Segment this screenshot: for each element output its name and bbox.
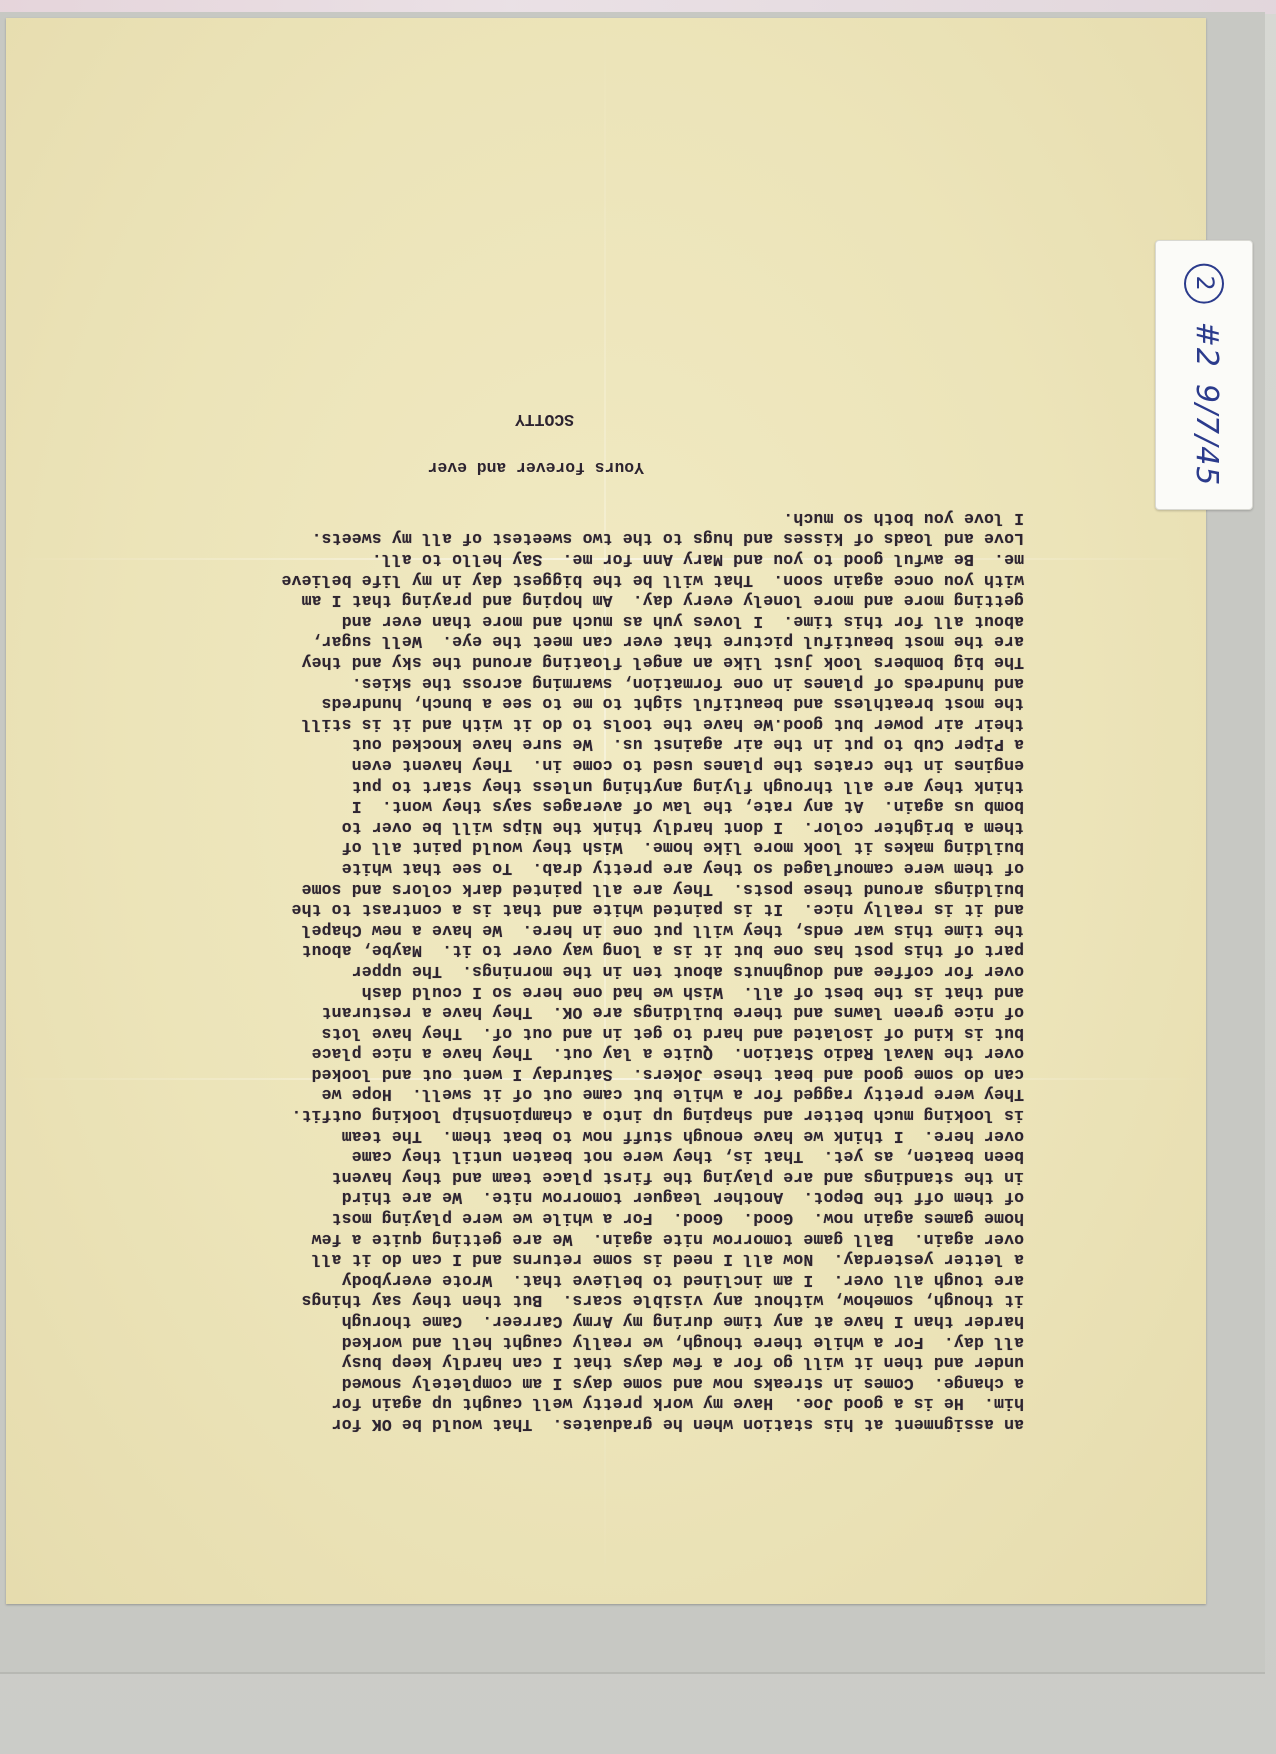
letter-line: of them off the Depot. Another leaguer t… bbox=[124, 1187, 1024, 1208]
letter-line: the most breathless and beautiful sight … bbox=[124, 693, 1024, 714]
letter-line: Love and loads of kisses and hugs to the… bbox=[124, 528, 1024, 549]
letter-line: think they are all through flying anythi… bbox=[124, 775, 1024, 796]
letter-line: home games again now. Good. Good. For a … bbox=[124, 1207, 1024, 1228]
sticky-note-text: 2#29/7/45 bbox=[1184, 264, 1224, 487]
letter-line: over the Naval Radio Station. Quite a la… bbox=[124, 1043, 1024, 1064]
letter-line: of them were camouflaged so they are pre… bbox=[124, 857, 1024, 878]
letter-line: building makes it look more like home. W… bbox=[124, 837, 1024, 858]
letter-line: part of this post has one but it is a lo… bbox=[124, 940, 1024, 961]
letter-line: about all for this time. I loves yuh as … bbox=[124, 610, 1024, 631]
letter-line: been beaten, as yet. That is, they were … bbox=[124, 1146, 1024, 1167]
letter-line: and that is the best of all. Wish we had… bbox=[124, 981, 1024, 1002]
letter-line: of nice green lawns and there buildings … bbox=[124, 1002, 1024, 1023]
letter-line: harder than I have at any time during my… bbox=[124, 1310, 1024, 1331]
letter-line: The big bombers look just like an angel … bbox=[124, 651, 1024, 672]
letter-line: a Piper Cub to put in the air against us… bbox=[124, 734, 1024, 755]
letter-line: and it is really nice. It is painted whi… bbox=[124, 899, 1024, 920]
letter-line: getting more and more lonely every day. … bbox=[124, 590, 1024, 611]
letter-line: them a brighter color. I dont hardly thi… bbox=[124, 816, 1024, 837]
letter-paper: an assignment at his station when he gra… bbox=[6, 18, 1206, 1604]
letter-line: over here. I think we have enough stuff … bbox=[124, 1125, 1024, 1146]
letter-line: an assignment at his station when he gra… bbox=[124, 1413, 1024, 1434]
letter-line: are the most beautiful picture that ever… bbox=[124, 631, 1024, 652]
letter-line: are tough all over. I am inclined to bel… bbox=[124, 1269, 1024, 1290]
letter-line: and hundreds of planes in one formation,… bbox=[124, 672, 1024, 693]
item-number: #2 bbox=[1189, 322, 1224, 368]
letter-line: bomb us again. At any rate, the law of a… bbox=[124, 796, 1024, 817]
letter-body: an assignment at his station when he gra… bbox=[124, 410, 1024, 1434]
letter-line: under and then it will go for a few days… bbox=[124, 1352, 1024, 1373]
letter-line: over again. Ball game tomorrow nite agai… bbox=[124, 1228, 1024, 1249]
letter-line: over for coffee and doughnuts about ten … bbox=[124, 960, 1024, 981]
letter-line: him. He is a good Joe. Have my work pret… bbox=[124, 1393, 1024, 1414]
letter-line: buildings around these posts. They are a… bbox=[124, 878, 1024, 899]
letter-body-lines: an assignment at his station when he gra… bbox=[124, 507, 1024, 1434]
letter-line: They were pretty ragged for a while but … bbox=[124, 1084, 1024, 1105]
letter-line: with you once again soon. That will be t… bbox=[124, 569, 1024, 590]
letter-line: all day. For a while there though, we re… bbox=[124, 1331, 1024, 1352]
page-number-circled: 2 bbox=[1184, 264, 1224, 304]
letter-signature: SCOTTY bbox=[124, 410, 1024, 429]
letter-rotated-180: an assignment at his station when he gra… bbox=[6, 18, 1206, 1604]
letter-line: a letter yesterday. Now all I need is so… bbox=[124, 1249, 1024, 1270]
letter-line: a change. Comes in streaks now and some … bbox=[124, 1372, 1024, 1393]
letter-line: their air power but good.We have the too… bbox=[124, 713, 1024, 734]
letter-line: it though, somehow, without any visible … bbox=[124, 1290, 1024, 1311]
letter-closing: Yours forever and ever bbox=[124, 457, 1024, 477]
letter-line: the time this war ends, they will put on… bbox=[124, 919, 1024, 940]
sticky-note: 2#29/7/45 bbox=[1155, 240, 1253, 510]
scanned-page: an assignment at his station when he gra… bbox=[0, 0, 1276, 1754]
letter-line: me. Be awful good to you and Mary Ann fo… bbox=[124, 548, 1024, 569]
letter-line: engines in the crates the planes used to… bbox=[124, 754, 1024, 775]
letter-line: in the standings and are playing the fir… bbox=[124, 1166, 1024, 1187]
letter-line: but is kind of isolated and hard to get … bbox=[124, 1022, 1024, 1043]
letter-line: is looking much better and shaping up in… bbox=[124, 1105, 1024, 1126]
letter-line: can do some good and beat these Jokers. … bbox=[124, 1063, 1024, 1084]
note-date: 9/7/45 bbox=[1189, 384, 1224, 487]
letter-line: I love you both so much. bbox=[124, 507, 1024, 528]
